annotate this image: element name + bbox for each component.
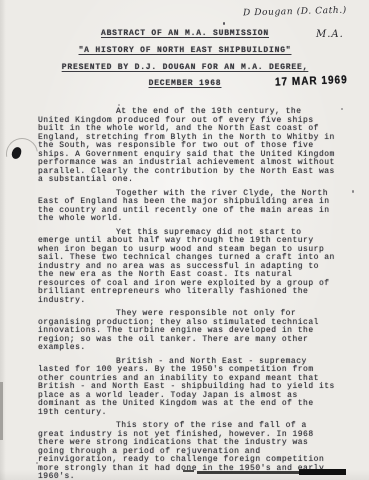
abstract-paragraph: British - and North East - supremacy las… [38, 358, 336, 418]
document-title-line4: DECEMBER 1968 [149, 79, 222, 88]
scanned-document-page: D Dougan (D. Cath.) M.A. 17 MAR 1969 ABS… [0, 0, 369, 480]
scan-speck [118, 104, 120, 106]
document-title-line2: "A HISTORY OF NORTH EAST SHIPBUILDING" [35, 46, 335, 55]
scan-bottom-bar-dark [299, 469, 346, 475]
handwritten-name-annotation: D Dougan (D. Cath.) [243, 6, 347, 19]
scan-speck [352, 190, 354, 193]
scan-edge-strip [0, 382, 3, 440]
document-title-line1: ABSTRACT OF AN M.A. SUBMISSION [35, 29, 335, 38]
abstract-body: At the end of the 19th century, the Unit… [38, 108, 336, 480]
abstract-paragraph: At the end of the 19th century, the Unit… [38, 108, 336, 185]
scan-speck [36, 462, 38, 464]
scan-bottom-dash [183, 470, 194, 472]
abstract-paragraph: Together with the river Clyde, the North… [38, 190, 336, 224]
abstract-paragraph: They were responsible not only for organ… [38, 310, 336, 353]
scan-speck [341, 108, 343, 110]
scan-speck [223, 22, 225, 25]
document-header: ABSTRACT OF AN M.A. SUBMISSION "A HISTOR… [35, 29, 335, 90]
document-title-line3: PRESENTED BY D.J. DOUGAN FOR AN M.A. DEG… [35, 63, 335, 72]
abstract-paragraph: Yet this supremacy did not start to emer… [38, 229, 336, 306]
